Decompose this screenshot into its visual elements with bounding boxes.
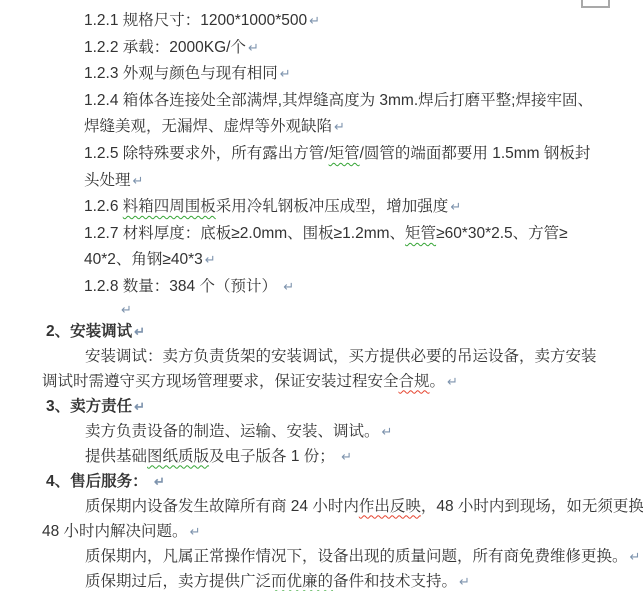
paragraph-mark-icon: ↵ bbox=[190, 524, 201, 539]
text-line: 1.2.3 外观与颜色与现有相同↵ bbox=[0, 61, 643, 88]
text-line: 质保期内，凡属正常操作情况下，设备出现的质量问题，所有商免费维修更换。↵ bbox=[0, 544, 643, 569]
paragraph-mark-icon: ↵ bbox=[133, 173, 144, 188]
text-segment: 质保期内设备发生故障所有商 24 小时内 bbox=[85, 498, 359, 515]
text-line: 安装调试：卖方负责货架的安装调试，买方提供必要的吊运设备，卖方安装 bbox=[0, 344, 643, 369]
text-segment: 1.2.8 数量：384 个（预计） bbox=[84, 278, 281, 295]
text-line: 1.2.7 材料厚度：底板≥2.0mm、围板≥1.2mm、矩管≥60*30*2.… bbox=[0, 221, 643, 248]
text-segment: ≥60*30*2.5、方管≥ bbox=[436, 225, 568, 242]
text-line: 1.2.1 规格尺寸：1200*1000*500↵ bbox=[0, 8, 643, 35]
grammar-check-underlined-text: 而优廉的 bbox=[271, 573, 333, 590]
text-line: 质保期内设备发生故障所有商 24 小时内作出反映，48 小时内到现场，如无须更换… bbox=[0, 494, 643, 519]
paragraph-mark-icon: ↵ bbox=[309, 13, 320, 28]
document-page[interactable]: 1.2.1 规格尺寸：1200*1000*500↵1.2.2 承载：2000KG… bbox=[0, 0, 643, 591]
text-segment: 1.2.4 箱体各连接处全部满焊,其焊缝高度为 3mm.焊后打磨平整;焊接牢固、 bbox=[84, 92, 593, 109]
text-segment: ，48 小时内到现场，如无须更换部件 bbox=[421, 498, 643, 515]
text-line: 48 小时内解决问题。↵ bbox=[0, 519, 643, 544]
text-segment: 备件和技术支持。 bbox=[333, 573, 457, 590]
text-segment: 质保期过后，卖方提供广泛 bbox=[85, 573, 271, 590]
paragraph-mark-icon: ↵ bbox=[205, 252, 216, 267]
section-heading-line: 4、售后服务： ↵ bbox=[0, 469, 643, 494]
grammar-check-underlined-text: 图纸质版 bbox=[147, 448, 209, 465]
text-segment: 及电子版各 1 份； bbox=[209, 448, 339, 465]
text-segment: 1.2.1 规格尺寸：1200*1000*500 bbox=[84, 12, 307, 29]
text-line: 1.2.8 数量：384 个（预计） ↵ bbox=[0, 274, 643, 301]
text-line: 调试时需遵守买方现场管理要求，保证安装过程安全合规。↵ bbox=[0, 369, 643, 394]
text-segment: 卖方负责设备的制造、运输、安装、调试。 bbox=[85, 423, 380, 440]
section-heading-line: 3、卖方责任↵ bbox=[0, 394, 643, 419]
paragraph-mark-icon: ↵ bbox=[280, 66, 291, 81]
paragraph-mark-icon: ↵ bbox=[450, 199, 461, 214]
text-segment: 质保期内，凡属正常操作情况下，设备出现的质量问题，所有商免费维修更换。 bbox=[85, 548, 628, 565]
text-segment: 40*2、角钢≥40*3 bbox=[84, 251, 203, 268]
paragraph-mark-icon: ↵ bbox=[134, 399, 145, 414]
text-line: 1.2.2 承载：2000KG/个↵ bbox=[0, 35, 643, 62]
paragraph-mark-icon: ↵ bbox=[459, 574, 470, 589]
text-line: 头处理↵ bbox=[0, 168, 643, 195]
text-segment: 。 bbox=[430, 373, 446, 390]
text-segment: 焊缝美观，无漏焊、虚焊等外观缺陷 bbox=[84, 118, 332, 135]
text-segment: 48 小时内解决问题。 bbox=[42, 523, 188, 540]
cropped-box-fragment bbox=[581, 0, 610, 8]
text-segment: 安装调试：卖方负责货架的安装调试，买方提供必要的吊运设备，卖方安装 bbox=[85, 348, 597, 365]
paragraph-mark-icon: ↵ bbox=[283, 279, 294, 294]
spellcheck-underlined-text: 作出反映 bbox=[359, 498, 421, 515]
paragraph-mark-icon: ↵ bbox=[248, 40, 259, 55]
text-segment: 头处理 bbox=[84, 172, 131, 189]
text-segment: 4、售后服务： bbox=[46, 473, 152, 490]
grammar-check-underlined-text: 矩管 bbox=[329, 145, 360, 162]
text-segment: 1.2.6 bbox=[84, 198, 123, 215]
text-line: 焊缝美观，无漏焊、虚焊等外观缺陷↵ bbox=[0, 114, 643, 141]
section-heading-line: 2、安装调试↵ bbox=[0, 319, 643, 344]
paragraph-mark-icon: ↵ bbox=[134, 324, 145, 339]
text-line: 1.2.5 除特殊要求外，所有露出方管/矩管/圆管的端面都要用 1.5mm 钢板… bbox=[0, 141, 643, 168]
text-segment: 1.2.3 外观与颜色与现有相同 bbox=[84, 65, 278, 82]
text-line: ↵ bbox=[0, 301, 643, 319]
text-segment: 1.2.5 除特殊要求外，所有露出方管/ bbox=[84, 145, 329, 162]
text-line: 1.2.4 箱体各连接处全部满焊,其焊缝高度为 3mm.焊后打磨平整;焊接牢固、 bbox=[0, 88, 643, 115]
text-segment: /圆管的端面都要用 1.5mm 钢板封 bbox=[360, 145, 591, 162]
text-segment: 提供基础 bbox=[85, 448, 147, 465]
text-segment: 1.2.7 材料厚度：底板≥2.0mm、围板≥1.2mm、 bbox=[84, 225, 405, 242]
paragraph-mark-icon: ↵ bbox=[630, 549, 641, 564]
paragraph-mark-icon: ↵ bbox=[447, 374, 458, 389]
spellcheck-underlined-text: 合规 bbox=[399, 373, 430, 390]
text-line: 提供基础图纸质版及电子版各 1 份； ↵ bbox=[0, 444, 643, 469]
text-line: 40*2、角钢≥40*3↵ bbox=[0, 247, 643, 274]
text-segment: 2、安装调试 bbox=[46, 323, 132, 340]
paragraph-mark-icon: ↵ bbox=[341, 449, 352, 464]
grammar-check-underlined-text: 料箱四周围板 bbox=[123, 198, 216, 215]
paragraph-mark-icon: ↵ bbox=[382, 424, 393, 439]
text-line: 1.2.6 料箱四周围板采用冷轧钢板冲压成型，增加强度↵ bbox=[0, 194, 643, 221]
paragraph-mark-icon: ↵ bbox=[334, 119, 345, 134]
grammar-check-underlined-text: 矩管 bbox=[405, 225, 436, 242]
text-segment: 1.2.2 承载：2000KG/个 bbox=[84, 39, 246, 56]
text-segment: 采用冷轧钢板冲压成型，增加强度 bbox=[216, 198, 449, 215]
text-segment: 调试时需遵守买方现场管理要求，保证安装过程安全 bbox=[42, 373, 399, 390]
text-line: 卖方负责设备的制造、运输、安装、调试。↵ bbox=[0, 419, 643, 444]
text-line: 质保期过后，卖方提供广泛而优廉的备件和技术支持。↵ bbox=[0, 569, 643, 591]
text-segment: 3、卖方责任 bbox=[46, 398, 132, 415]
paragraph-mark-icon: ↵ bbox=[121, 302, 132, 317]
paragraph-mark-icon: ↵ bbox=[154, 474, 165, 489]
